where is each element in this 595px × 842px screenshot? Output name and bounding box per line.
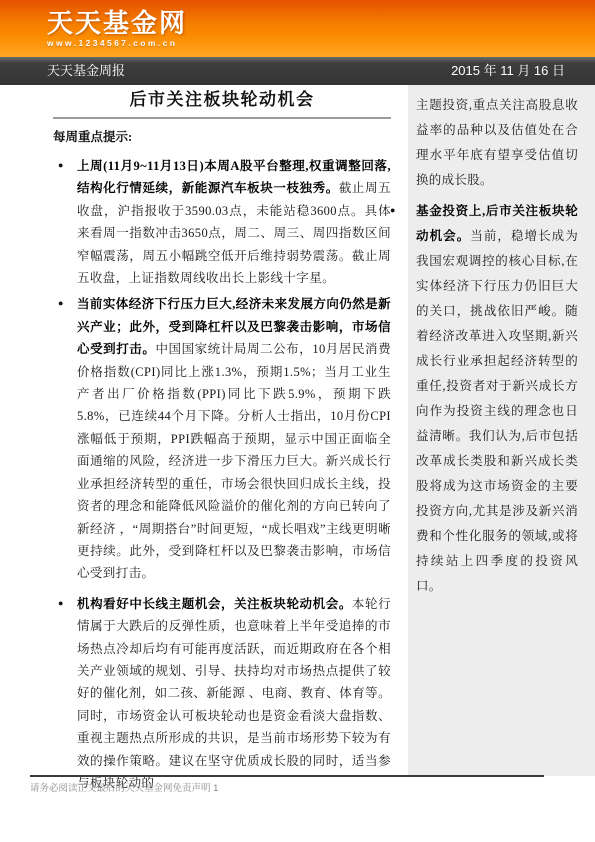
bullet-icon: ● bbox=[58, 161, 63, 170]
bullet-body: 截止周五收盘，沪指报收于3590.03点，未能站稳3600点。具体来看周一指数冲… bbox=[77, 181, 391, 285]
report-topbar: 天天基金周报 2015 年 11 月 16 日 bbox=[0, 57, 595, 85]
list-item: ● 基金投资上,后市关注板块轮动机会。当前，稳增长成为我国宏观调控的核心目标,在… bbox=[390, 199, 578, 599]
list-item: ● 上周(11月9~11月13日)本周A股平台整理,权重调整回落,结构化行情延续… bbox=[53, 155, 391, 289]
report-page: 天天基金网 www.1234567.com.cn 天天基金周报 2015 年 1… bbox=[0, 0, 595, 842]
site-logo: 天天基金网 www.1234567.com.cn bbox=[47, 9, 187, 49]
page-number: 1 bbox=[213, 783, 218, 794]
continuation-paragraph: 主题投资,重点关注高股息收益率的品种以及估值处在合理水平年底有望享受估值切换的成… bbox=[416, 93, 578, 193]
main-column: 后市关注板块轮动机会 每周重点提示: ● 上周(11月9~11月13日)本周A股… bbox=[53, 88, 391, 794]
weekly-hint-label: 每周重点提示: bbox=[53, 128, 391, 146]
bullet-paragraph: 上周(11月9~11月13日)本周A股平台整理,权重调整回落,结构化行情延续，新… bbox=[77, 155, 391, 289]
bullet-icon: ● bbox=[58, 299, 63, 308]
list-item: ● 当前实体经济下行压力巨大,经济未来发展方向仍然是新兴产业；此外，受到降杠杆以… bbox=[53, 293, 391, 584]
disclaimer-text: 请务必阅读正文最后的天天基金网免责声明 bbox=[30, 783, 211, 794]
masthead: 天天基金网 www.1234567.com.cn bbox=[0, 0, 595, 57]
bullet-lead: 机构看好中长线主题机会，关注板块轮动机会。 bbox=[77, 597, 352, 611]
bullet-body: 本轮行情属于大跌后的反弹性质，也意味着上半年受追捧的市场热点冷却后均有可能再度活… bbox=[77, 597, 391, 790]
report-name: 天天基金周报 bbox=[47, 57, 125, 85]
footer-disclaimer: 请务必阅读正文最后的天天基金网免责声明 1 bbox=[30, 780, 218, 794]
footer-divider bbox=[30, 775, 544, 777]
bullet-body: 中国国家统计局周二公布，10月居民消费价格指数(CPI)同比上涨1.3%，预期1… bbox=[77, 342, 391, 580]
article-title: 后市关注板块轮动机会 bbox=[53, 88, 391, 112]
list-item: ● 机构看好中长线主题机会，关注板块轮动机会。本轮行情属于大跌后的反弹性质，也意… bbox=[53, 593, 391, 795]
side-column: 主题投资,重点关注高股息收益率的品种以及估值处在合理水平年底有望享受估值切换的成… bbox=[390, 93, 578, 599]
title-divider bbox=[53, 117, 391, 119]
bullet-paragraph: 机构看好中长线主题机会，关注板块轮动机会。本轮行情属于大跌后的反弹性质，也意味着… bbox=[77, 593, 391, 795]
site-url: www.1234567.com.cn bbox=[47, 38, 187, 49]
site-logo-text: 天天基金网 bbox=[47, 9, 187, 37]
bullet-body: 当前，稳增长成为我国宏观调控的核心目标,在实体经济下行压力仍旧巨大的关口，挑战依… bbox=[416, 229, 578, 593]
bullet-icon: ● bbox=[58, 599, 63, 608]
report-date: 2015 年 11 月 16 日 bbox=[451, 57, 565, 85]
bullet-paragraph: 基金投资上,后市关注板块轮动机会。当前，稳增长成为我国宏观调控的核心目标,在实体… bbox=[416, 199, 578, 599]
bullet-paragraph: 当前实体经济下行压力巨大,经济未来发展方向仍然是新兴产业；此外，受到降杠杆以及巴… bbox=[77, 293, 391, 584]
bullet-icon: ● bbox=[390, 206, 395, 215]
